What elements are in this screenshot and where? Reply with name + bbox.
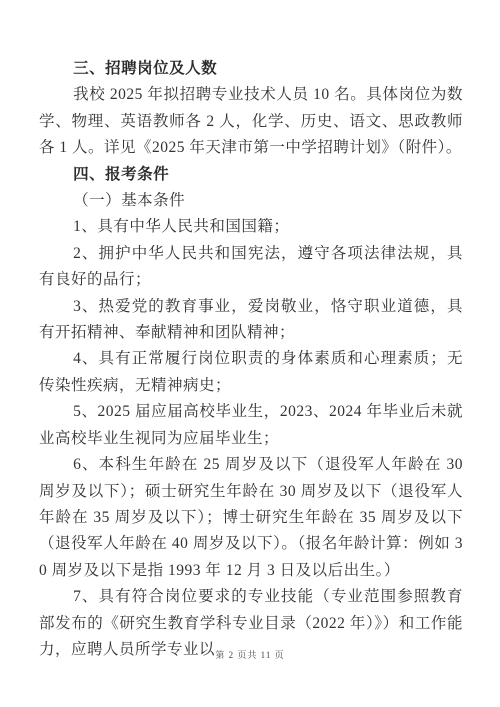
section-heading-recruitment-positions: 三、招聘岗位及人数 — [39, 56, 463, 82]
paragraph-recruitment-plan: 我校 2025 年拟招聘专业技术人员 10 名。具体岗位为数学、物理、英语教师各… — [39, 82, 463, 161]
condition-item-1-nationality: 1、具有中华人民共和国国籍； — [39, 214, 463, 240]
condition-item-3-dedication: 3、热爱党的教育事业，爱岗敬业，恪守职业道德，具有开拓精神、奉献精神和团队精神； — [39, 294, 463, 347]
subsection-heading-basic-conditions: （一）基本条件 — [39, 188, 463, 214]
section-heading-application-requirements: 四、报考条件 — [39, 162, 463, 188]
document-page: 三、招聘岗位及人数 我校 2025 年拟招聘专业技术人员 10 名。具体岗位为数… — [0, 0, 500, 707]
page-number-footer: 第 2 页共 11 页 — [0, 649, 500, 661]
condition-item-5-graduates: 5、2025 届应届高校毕业生，2023、2024 年毕业后未就业高校毕业生视同… — [39, 399, 463, 452]
condition-item-6-age-limits: 6、本科生年龄在 25 周岁及以下（退役军人年龄在 30 周岁及以下）；硕士研究… — [39, 452, 463, 584]
document-content: 三、招聘岗位及人数 我校 2025 年拟招聘专业技术人员 10 名。具体岗位为数… — [39, 56, 463, 663]
condition-item-2-constitution: 2、拥护中华人民共和国宪法，遵守各项法律法规，具有良好的品行； — [39, 241, 463, 294]
condition-item-4-health: 4、具有正常履行岗位职责的身体素质和心理素质；无传染性疾病，无精神病史； — [39, 346, 463, 399]
